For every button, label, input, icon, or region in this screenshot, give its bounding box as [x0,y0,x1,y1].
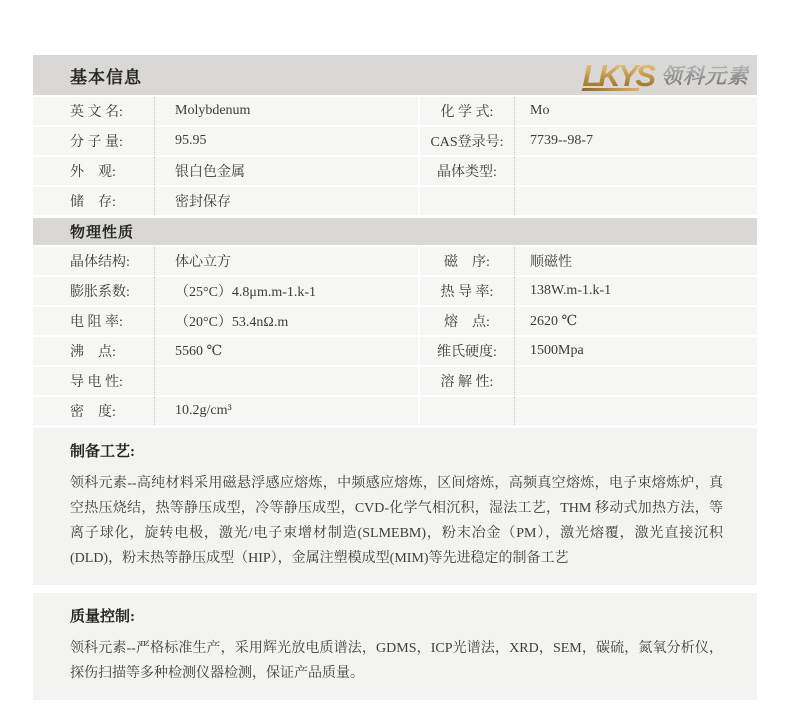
field-value: 138W.m-1.k-1 [515,277,757,305]
field-label: 密 度: [33,397,155,425]
field-label: 维氏硬度: [420,337,515,365]
field-value [515,157,757,185]
table-row: 储 存: 密封保存 [33,187,757,215]
physical-props-title: 物理性质 [70,221,134,242]
table-row: 分 子 量: 95.95 CAS登录号: 7739--98-7 [33,127,757,155]
physical-props-table: 晶体结构: 体心立方 磁 序: 顺磁性 膨胀系数: （25°C）4.8μm.m-… [33,247,757,425]
field-value: （20°C）53.4nΩ.m [155,307,420,335]
field-label: 热 导 率: [420,277,515,305]
field-label [420,187,515,215]
table-row: 沸 点: 5560 ℃ 维氏硬度: 1500Mpa [33,337,757,365]
field-label: 电 阻 率: [33,307,155,335]
field-label: 膨胀系数: [33,277,155,305]
product-info-card: 基本信息 LKYS 领科元素 英 文 名: Molybdenum 化 学 式: … [33,55,757,700]
field-value: 10.2g/cm³ [155,397,420,425]
table-row: 外 观: 银白色金属 晶体类型: [33,157,757,185]
field-label: 导 电 性: [33,367,155,395]
field-label: 磁 序: [420,247,515,275]
table-row: 晶体结构: 体心立方 磁 序: 顺磁性 [33,247,757,275]
quality-body: 领科元素--严格标准生产，采用辉光放电质谱法，GDMS，ICP光谱法，XRD，S… [70,636,723,686]
basic-info-header-bar: 基本信息 LKYS 领科元素 [33,55,757,95]
field-label: 化 学 式: [420,97,515,125]
field-label: 外 观: [33,157,155,185]
preparation-section: 制备工艺: 领科元素--高纯材料采用磁悬浮感应熔炼，中频感应熔炼，区间熔炼，高频… [33,428,757,585]
brand-logo: LKYS 领科元素 [582,60,749,91]
field-value: 顺磁性 [515,247,757,275]
field-value: 2620 ℃ [515,307,757,335]
preparation-title: 制备工艺: [70,440,723,461]
field-label: 分 子 量: [33,127,155,155]
brand-logo-lkys: LKYS [582,60,659,91]
table-row: 密 度: 10.2g/cm³ [33,397,757,425]
field-label: 晶体结构: [33,247,155,275]
field-value: Mo [515,97,757,125]
quality-section: 质量控制: 领科元素--严格标准生产，采用辉光放电质谱法，GDMS，ICP光谱法… [33,593,757,700]
field-value: Molybdenum [155,97,420,125]
table-row: 电 阻 率: （20°C）53.4nΩ.m 熔 点: 2620 ℃ [33,307,757,335]
field-value: 1500Mpa [515,337,757,365]
field-value [155,367,420,395]
physical-props-header-bar: 物理性质 [33,218,757,245]
field-label [420,397,515,425]
field-value: 体心立方 [155,247,420,275]
brand-logo-name: 领科元素 [661,60,749,90]
field-value: 7739--98-7 [515,127,757,155]
field-label: 溶 解 性: [420,367,515,395]
field-label: 英 文 名: [33,97,155,125]
field-value [515,367,757,395]
table-row: 膨胀系数: （25°C）4.8μm.m-1.k-1 热 导 率: 138W.m-… [33,277,757,305]
field-label: 沸 点: [33,337,155,365]
field-label: 熔 点: [420,307,515,335]
preparation-body: 领科元素--高纯材料采用磁悬浮感应熔炼，中频感应熔炼，区间熔炼，高频真空熔炼，电… [70,471,723,571]
field-value: 5560 ℃ [155,337,420,365]
field-value [515,397,757,425]
quality-title: 质量控制: [70,605,723,626]
basic-info-title: 基本信息 [70,63,142,88]
field-value: （25°C）4.8μm.m-1.k-1 [155,277,420,305]
field-value: 密封保存 [155,187,420,215]
field-value: 95.95 [155,127,420,155]
field-value: 银白色金属 [155,157,420,185]
field-label: 储 存: [33,187,155,215]
basic-info-table: 英 文 名: Molybdenum 化 学 式: Mo 分 子 量: 95.95… [33,97,757,215]
table-row: 英 文 名: Molybdenum 化 学 式: Mo [33,97,757,125]
field-label: CAS登录号: [420,127,515,155]
field-label: 晶体类型: [420,157,515,185]
table-row: 导 电 性: 溶 解 性: [33,367,757,395]
field-value [515,187,757,215]
